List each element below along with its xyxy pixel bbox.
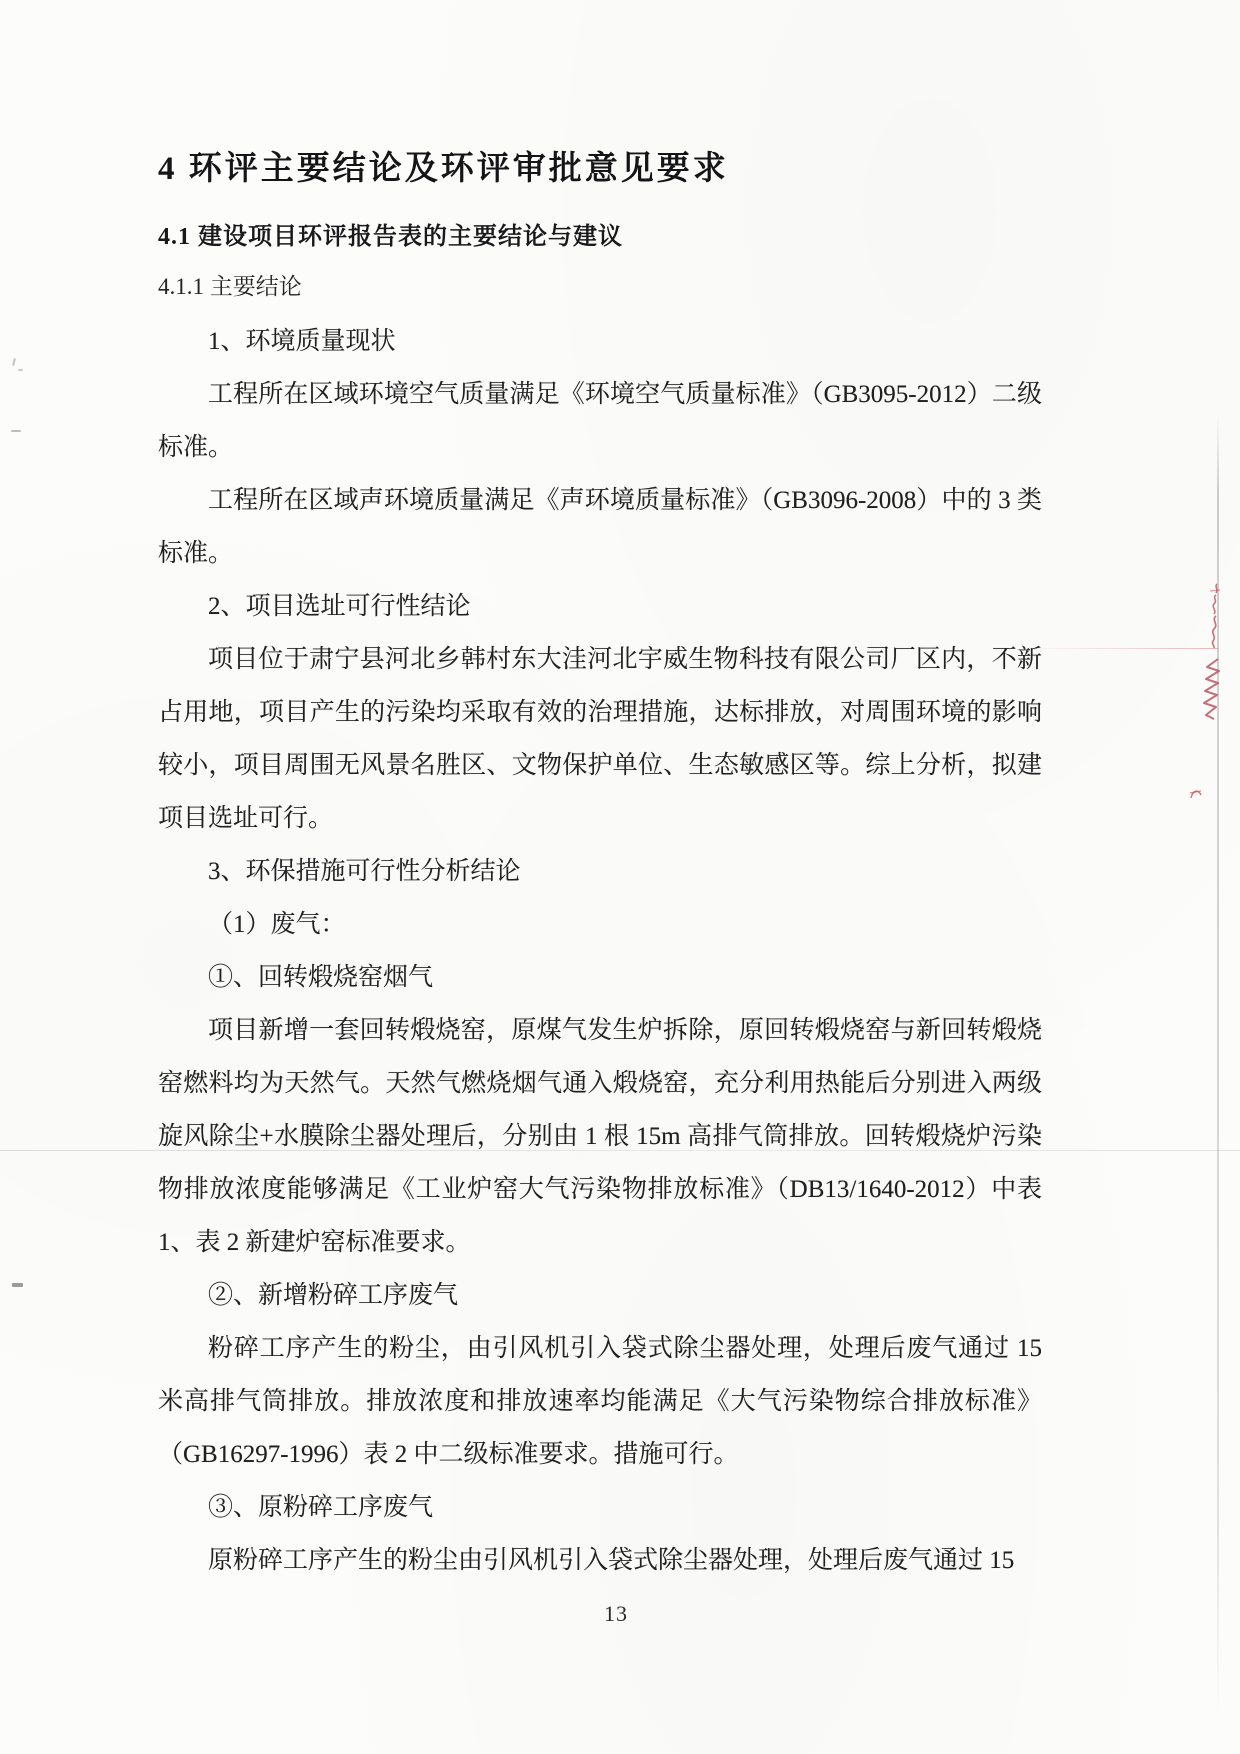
list-item: ①、回转煅烧窑烟气 [158,951,1042,1004]
scanned-page: 4 环评主要结论及环评审批意见要求 4.1 建设项目环评报告表的主要结论与建议 … [0,0,1240,1754]
document-title: 4 环评主要结论及环评审批意见要求 [158,142,1042,189]
handwritten-ink-mark [1204,581,1226,649]
ink-smudge-line [1022,648,1218,649]
scan-speck [12,358,16,366]
scan-artifact-line [0,1150,1240,1151]
subsection-heading: 4.1.1 主要结论 [158,268,1042,301]
paragraph: 原粉碎工序产生的粉尘由引风机引入袋式除尘器处理，处理后废气通过 15 [158,1534,1042,1587]
list-item: ③、原粉碎工序废气 [158,1481,1042,1534]
list-item: 3、环保措施可行性分析结论 [158,845,1042,898]
scan-speck [18,369,23,371]
paragraph: 工程所在区域环境空气质量满足《环境空气质量标准》（GB3095-2012）二级标… [158,368,1042,474]
scan-speck [11,430,21,432]
paragraph: 项目新增一套回转煅烧窑，原煤气发生炉拆除，原回转煅烧窑与新回转煅烧窑燃料均为天然… [158,1004,1042,1269]
list-item: 2、项目选址可行性结论 [158,580,1042,633]
page-number: 13 [0,1601,1232,1627]
paragraph: 项目位于肃宁县河北乡韩村东大洼河北宇威生物科技有限公司厂区内，不新占用地，项目产… [158,633,1042,845]
scan-speck [12,1283,23,1287]
list-item: 1、环境质量现状 [158,315,1042,368]
section-heading: 4.1 建设项目环评报告表的主要结论与建议 [158,216,1042,251]
list-item: （1）废气： [158,898,1042,951]
handwritten-ink-mark [1188,785,1204,803]
paragraph: 工程所在区域声环境质量满足《声环境质量标准》（GB3096-2008）中的 3 … [158,474,1042,580]
list-item: ②、新增粉碎工序废气 [158,1269,1042,1322]
document-body: 4 环评主要结论及环评审批意见要求 4.1 建设项目环评报告表的主要结论与建议 … [158,142,1042,1587]
paragraph: 粉碎工序产生的粉尘，由引风机引入袋式除尘器处理，处理后废气通过 15 米高排气筒… [158,1322,1042,1481]
handwritten-ink-mark [1199,657,1225,721]
